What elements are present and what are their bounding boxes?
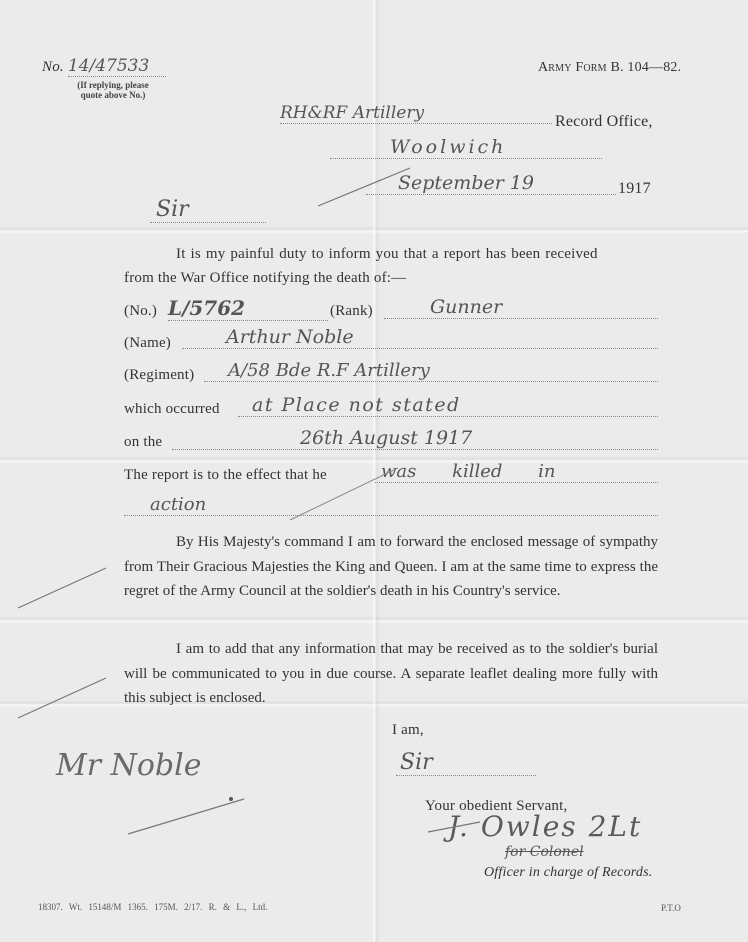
ink-dot (229, 797, 233, 801)
addressee-underline (128, 799, 244, 834)
pen-marks (0, 0, 748, 942)
signature-flourish (428, 822, 480, 832)
address-pen-line (318, 168, 410, 206)
margin-mark-2 (18, 678, 106, 718)
margin-mark-1 (18, 568, 106, 608)
field-pen-line (290, 468, 398, 520)
